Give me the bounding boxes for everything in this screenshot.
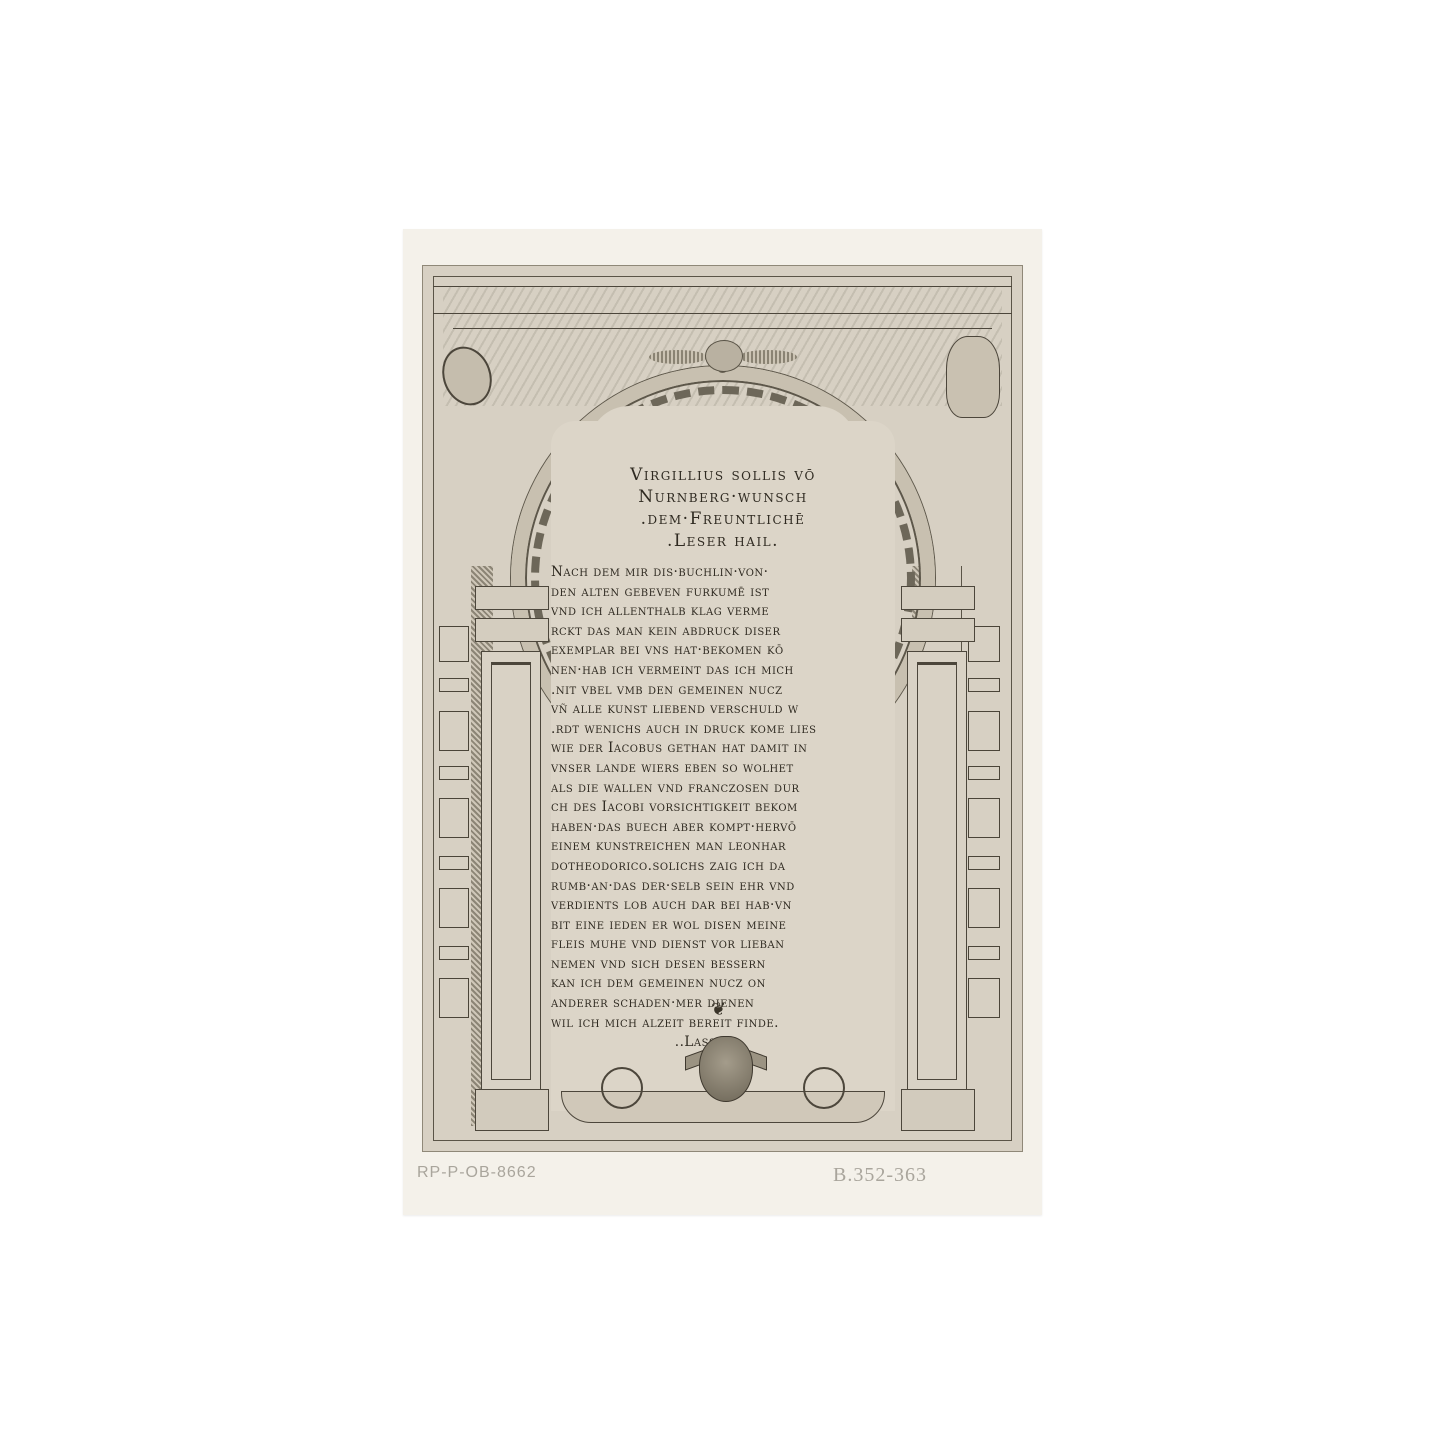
text-line: wie der Iacobus gethan hat damit in [551, 739, 897, 759]
right-impost [901, 618, 975, 642]
pilaster-panel [491, 662, 531, 1080]
wall-block [968, 946, 1000, 960]
wall-block [439, 626, 469, 662]
wall-block [439, 798, 469, 838]
title-line: Virgillius sollis vō [573, 464, 873, 486]
text-line: vñ alle kunst liebend verschuld w [551, 700, 897, 720]
title-line: Nurnberg·wunsch [573, 486, 873, 508]
wall-block [968, 711, 1000, 751]
text-line: .rdt wenichs auch in druck kome lies [551, 720, 897, 740]
left-impost [475, 618, 549, 642]
wall-block [439, 856, 469, 870]
left-rusticated-wall [433, 566, 472, 1126]
wall-block [968, 798, 1000, 838]
scroll-curl-left [601, 1067, 643, 1109]
text-line: fleis muhe vnd dienst vor lieban [551, 935, 897, 955]
right-base [901, 1089, 975, 1131]
left-base [475, 1089, 549, 1131]
scrollwork-cartouche [551, 1031, 895, 1131]
text-line: als die wallen vnd franczosen dur [551, 779, 897, 799]
text-line: dotheodorico.solichs zaig ich da [551, 857, 897, 877]
text-line: vnser lande wiers eben so wolhet [551, 759, 897, 779]
wall-block [968, 888, 1000, 928]
engraved-plate: Virgillius sollis vō Nurnberg·wunsch .de… [422, 265, 1023, 1152]
text-line: nen·hab ich vermeint das ich mich [551, 661, 897, 681]
tablet-title: Virgillius sollis vō Nurnberg·wunsch .de… [573, 464, 873, 552]
cherub-wing-left [649, 350, 707, 364]
tablet-body-text: Nach dem mir dis·buchlin·von· den alten … [551, 563, 897, 1053]
left-pilaster [481, 651, 541, 1093]
wall-block [439, 978, 469, 1018]
text-line: bit eine ieden er wol disen meine [551, 916, 897, 936]
right-capital [901, 586, 975, 610]
right-rusticated-wall [961, 566, 1012, 1126]
pilaster-panel [917, 662, 957, 1080]
title-line: .Leser hail. [573, 530, 873, 552]
left-capital [475, 586, 549, 610]
wall-block [439, 946, 469, 960]
text-line: einem kunstreichen man leonhar [551, 837, 897, 857]
wall-block [439, 888, 469, 928]
grotesque-mask-icon [699, 1036, 753, 1102]
text-line: rumb·an·das der·selb sein ehr vnd [551, 877, 897, 897]
cherub-head-icon [705, 340, 743, 372]
wall-block [968, 678, 1000, 692]
text-line: den alten gebeven furkumē ist [551, 583, 897, 603]
wall-block [439, 678, 469, 692]
bartsch-reference: B.352-363 [833, 1164, 927, 1187]
text-line: rckt das man kein abdruck diser [551, 622, 897, 642]
wall-block [439, 766, 469, 780]
cherub-wing-right [739, 350, 797, 364]
paper-sheet: Virgillius sollis vō Nurnberg·wunsch .de… [403, 229, 1042, 1215]
armor-trophy-icon [946, 336, 1000, 418]
inventory-number: RP-P-OB-8662 [417, 1164, 537, 1182]
text-line: exemplar bei vns hat·bekomen kō [551, 641, 897, 661]
wall-block [968, 978, 1000, 1018]
text-line: Nach dem mir dis·buchlin·von· [551, 563, 897, 583]
right-pilaster [907, 651, 967, 1093]
wall-block [439, 711, 469, 751]
text-line: kan ich dem gemeinen nucz on [551, 974, 897, 994]
text-line: ch des Iacobi vorsichtigkeit bekom [551, 798, 897, 818]
scroll-curl-right [803, 1067, 845, 1109]
text-line: verdients lob auch dar bei hab·vn [551, 896, 897, 916]
fleuron-icon: ❦ [711, 999, 726, 1020]
text-line: haben·das buech aber kompt·hervō [551, 818, 897, 838]
text-line: vnd ich allenthalb klag verme [551, 602, 897, 622]
title-line: .dem·Freuntlichē [573, 508, 873, 530]
wall-block [968, 766, 1000, 780]
text-line: .nit vbel vmb den gemeinen nucz [551, 681, 897, 701]
wall-block [968, 856, 1000, 870]
text-line: nemen vnd sich desen bessern [551, 955, 897, 975]
